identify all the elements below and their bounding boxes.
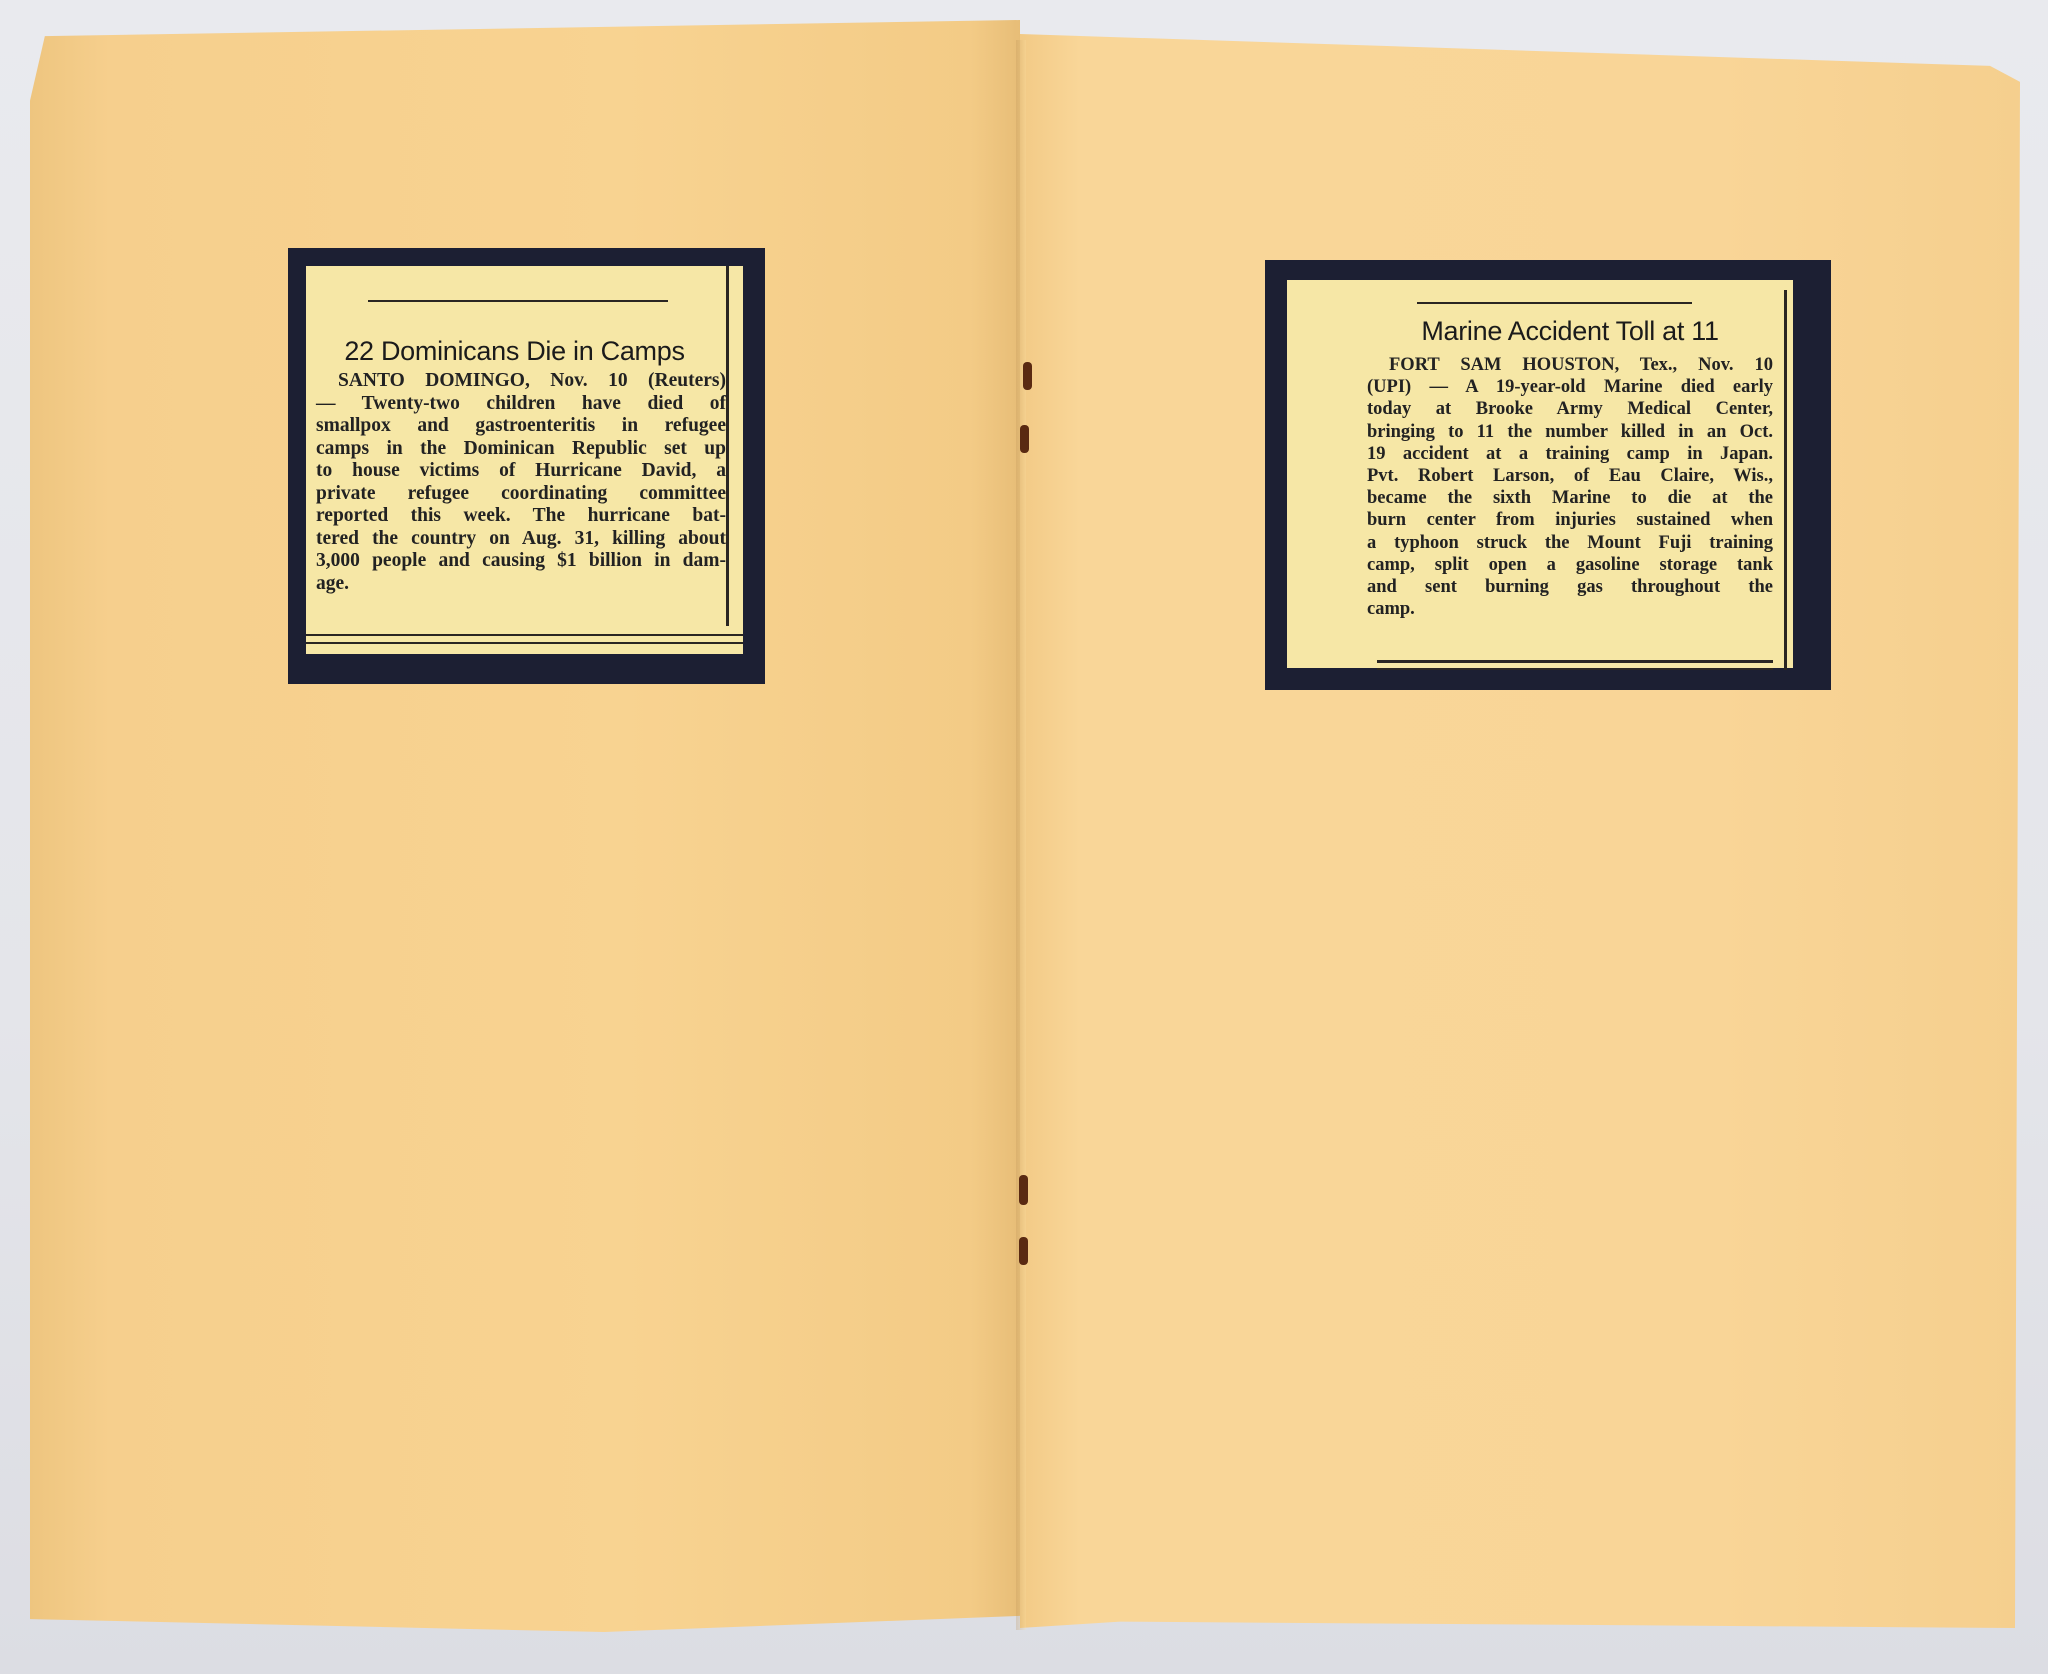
bottom-rule-2 [306, 642, 743, 644]
text-line: FORT SAM HOUSTON, Tex., Nov. 10 [1367, 354, 1773, 376]
left-clipping: 22 Dominicans Die in Camps SANTO DOMINGO… [306, 266, 743, 654]
staple-top-lower [1020, 425, 1029, 453]
left-clipping-body: SANTO DOMINGO, Nov. 10 (Reuters) — Twent… [316, 370, 726, 595]
bottom-rule [1377, 660, 1773, 663]
text-line: bringing to 11 the number killed in an O… [1367, 421, 1773, 443]
text-line: today at Brooke Army Medical Center, [1367, 398, 1773, 420]
left-clipping-frame: 22 Dominicans Die in Camps SANTO DOMINGO… [288, 248, 765, 684]
booklet-spine [1016, 40, 1026, 1630]
text-line: became the sixth Marine to die at the [1367, 487, 1773, 509]
text-line: 19 accident at a training camp in Japan. [1367, 443, 1773, 465]
text-line: Pvt. Robert Larson, of Eau Claire, Wis., [1367, 465, 1773, 487]
text-line: age. [316, 573, 726, 596]
staple-top [1023, 362, 1032, 390]
side-rule [726, 266, 729, 626]
text-line: tered the country on Aug. 31, killing ab… [316, 528, 726, 551]
side-rule [1784, 290, 1787, 670]
text-line: (UPI) — A 19-year-old Marine died early [1367, 376, 1773, 398]
right-clipping-headline: Marine Accident Toll at 11 [1357, 316, 1783, 347]
right-clipping-frame: Marine Accident Toll at 11 FORT SAM HOUS… [1265, 260, 1831, 690]
text-line: — Twenty-two children have died of [316, 393, 726, 416]
right-clipping-body: FORT SAM HOUSTON, Tex., Nov. 10 (UPI) — … [1367, 354, 1773, 620]
text-line: 3,000 people and causing $1 billion in d… [316, 550, 726, 573]
bottom-rule-2 [1377, 668, 1773, 670]
right-clipping: Marine Accident Toll at 11 FORT SAM HOUS… [1287, 280, 1793, 668]
staple-bottom [1019, 1175, 1028, 1205]
top-rule [1417, 302, 1692, 304]
staple-bottom-lower [1019, 1237, 1028, 1265]
text-line: camp. [1367, 598, 1773, 620]
text-line: camps in the Dominican Republic set up [316, 438, 726, 461]
text-line: and sent burning gas throughout the [1367, 576, 1773, 598]
text-line: reported this week. The hurricane bat- [316, 505, 726, 528]
text-line: SANTO DOMINGO, Nov. 10 (Reuters) [316, 370, 726, 393]
text-line: smallpox and gastroenteritis in refugee [316, 415, 726, 438]
top-rule [368, 300, 668, 302]
left-clipping-headline: 22 Dominicans Die in Camps [306, 336, 723, 367]
text-line: a typhoon struck the Mount Fuji training [1367, 532, 1773, 554]
text-line: to house victims of Hurricane David, a [316, 460, 726, 483]
text-line: camp, split open a gasoline storage tank [1367, 554, 1773, 576]
bottom-rule [306, 634, 743, 636]
text-line: burn center from injuries sustained when [1367, 509, 1773, 531]
text-line: private refugee coordinating committee [316, 483, 726, 506]
